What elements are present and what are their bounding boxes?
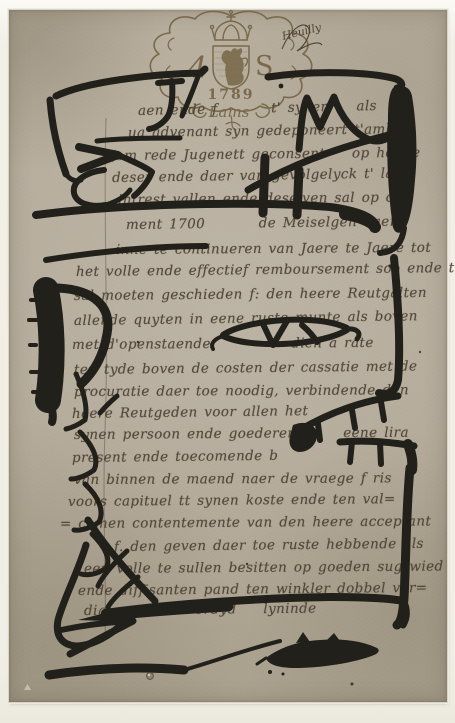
paper-fleck: [24, 684, 31, 690]
brush-strokes: [29, 69, 421, 686]
framed-etching: 4 S 1789 Lams Heuilly aen ende f t' syne…: [0, 0, 455, 723]
pinhole: [147, 673, 154, 680]
brush-strokes-overlay: [0, 0, 455, 723]
